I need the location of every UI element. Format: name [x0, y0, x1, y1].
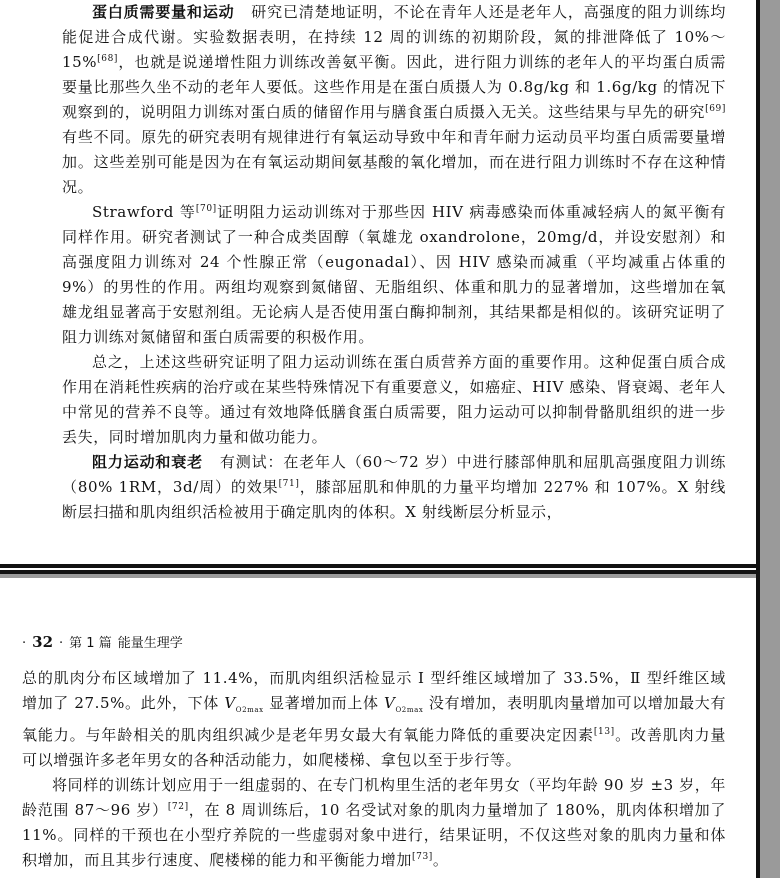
- paragraph-text: 证明阻力运动训练对于那些因 HIV 病毒感染而体重减轻病人的氮平衡有同样作用。研…: [62, 203, 726, 346]
- paragraph-protein-exercise: 蛋白质需要量和运动 研究已清楚地证明，不论在青年人还是老年人，高强度的阻力训练均…: [62, 0, 726, 200]
- paragraph-text: 。: [433, 851, 449, 869]
- paragraph-text: ，也就是说递增性阻力训练改善氨平衡。因此，进行阻力训练的老年人的平均蛋白质需要量…: [62, 53, 726, 121]
- page-top-body: 蛋白质需要量和运动 研究已清楚地证明，不论在青年人还是老年人，高强度的阻力训练均…: [62, 0, 726, 525]
- citation-ref: [69]: [705, 104, 726, 114]
- paragraph-strawford: Strawford 等[70]证明阻力运动训练对于那些因 HIV 病毒感染而体重…: [62, 200, 726, 350]
- paragraph-text: 显著增加而上体: [264, 694, 384, 712]
- paragraph-frail-elderly: 将同样的训练计划应用于一组虚弱的、在专门机构里生活的老年男女（平均年龄 90 岁…: [22, 773, 726, 873]
- paragraph-resistance-aging: 阻力运动和衰老 有测试：在老年人（60～72 岁）中进行膝部伸肌和屈肌高强度阻力…: [62, 450, 726, 525]
- page-top: 蛋白质需要量和运动 研究已清楚地证明，不论在青年人还是老年人，高强度的阻力训练均…: [0, 0, 756, 560]
- inline-heading-protein: 蛋白质需要量和运动: [92, 3, 234, 21]
- paragraph-muscle-area: 总的肌肉分布区域增加了 11.4%，而肌肉组织活检显示 Ⅰ 型纤维区域增加了 3…: [22, 666, 726, 773]
- page-bottom: ·32·第 1 篇能量生理学 总的肌肉分布区域增加了 11.4%，而肌肉组织活检…: [0, 580, 756, 878]
- paragraph-text: Strawford 等: [92, 203, 196, 221]
- citation-ref: [73]: [412, 852, 433, 862]
- paragraph-text: 总之，上述这些研究证明了阻力运动训练在蛋白质营养方面的重要作用。这种促蛋白质合成…: [62, 353, 726, 446]
- citation-ref: [68]: [97, 54, 118, 64]
- page-bottom-body: 总的肌肉分布区域增加了 11.4%，而肌肉组织活检显示 Ⅰ 型纤维区域增加了 3…: [22, 666, 726, 873]
- citation-ref: [72]: [168, 802, 189, 812]
- vo2max-symbol: VO2max: [384, 694, 423, 712]
- citation-ref: [71]: [279, 479, 300, 489]
- inline-heading-aging: 阻力运动和衰老: [92, 453, 203, 471]
- document-viewer: 蛋白质需要量和运动 研究已清楚地证明，不论在青年人还是老年人，高强度的阻力训练均…: [0, 0, 780, 878]
- page-number: 32: [32, 633, 53, 651]
- header-bullet: ·: [22, 636, 26, 651]
- separator-line: [0, 564, 760, 568]
- running-header: ·32·第 1 篇能量生理学: [22, 632, 189, 651]
- citation-ref: [13]: [594, 727, 615, 737]
- citation-ref: [70]: [196, 204, 217, 214]
- part-title: 能量生理学: [118, 636, 183, 651]
- vo2max-symbol: VO2max: [224, 694, 263, 712]
- part-label: 第 1 篇: [69, 636, 112, 651]
- header-bullet: ·: [59, 636, 63, 651]
- paragraph-summary: 总之，上述这些研究证明了阻力运动训练在蛋白质营养方面的重要作用。这种促蛋白质合成…: [62, 350, 726, 450]
- page-separator: [0, 560, 760, 580]
- viewer-scroll-gutter[interactable]: [760, 0, 780, 878]
- separator-shadow: [0, 574, 760, 578]
- paragraph-text: 有些不同。原先的研究表明有规律进行有氧运动导致中年和青年耐力运动员平均蛋白质需要…: [62, 128, 726, 196]
